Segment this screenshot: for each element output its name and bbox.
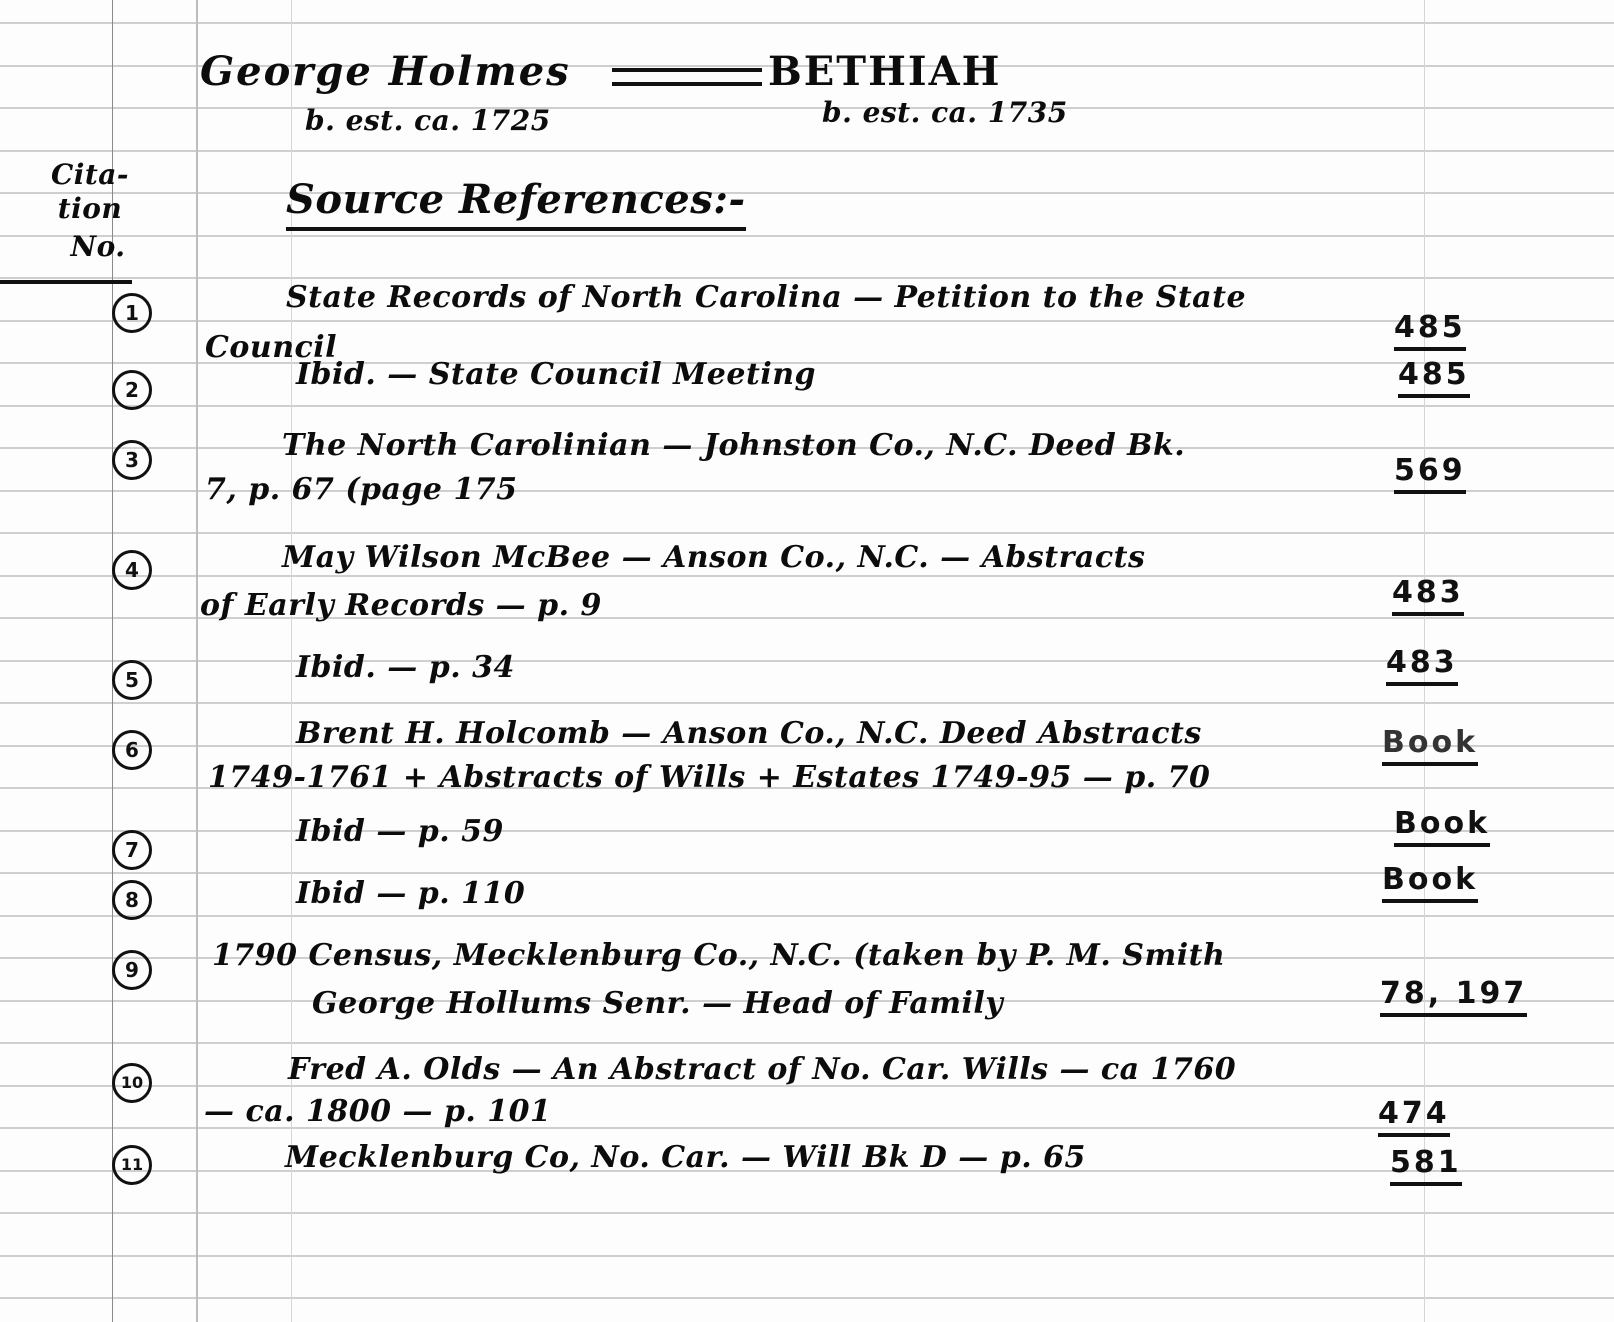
ruling-line: [0, 405, 1614, 407]
citation-text-line: of Early Records — p. 9: [200, 588, 602, 623]
reference-number: 483: [1392, 575, 1464, 616]
ruling-line: [0, 1255, 1614, 1257]
citation-heading-line3: No.: [48, 232, 148, 262]
citation-text-line: Brent H. Holcomb — Anson Co., N.C. Deed …: [296, 716, 1202, 751]
citation-text-line: Ibid — p. 59: [296, 814, 504, 849]
ruling-line: [0, 1297, 1614, 1299]
margin-line-citation: [196, 0, 198, 1322]
citation-number-circle: 3: [112, 440, 152, 480]
citation-text-line: 1749-1761 + Abstracts of Wills + Estates…: [208, 760, 1210, 795]
citation-number-circle: 7: [112, 830, 152, 870]
citation-number-circle: 11: [112, 1145, 152, 1185]
citation-text-line: Fred A. Olds — An Abstract of No. Car. W…: [288, 1052, 1236, 1087]
citation-number-circle: 6: [112, 730, 152, 770]
citation-number-circle: 10: [112, 1063, 152, 1103]
husband-name: George Holmes: [200, 48, 571, 95]
reference-number: Book: [1382, 862, 1478, 903]
ruling-line: [0, 660, 1614, 662]
ruling-line: [0, 22, 1614, 24]
ruling-line: [0, 702, 1614, 704]
section-title: Source References:-: [286, 176, 746, 231]
ruling-line: [0, 107, 1614, 109]
ruling-line: [0, 872, 1614, 874]
reference-number: 474: [1378, 1096, 1450, 1137]
citation-text-line: George Hollums Senr. — Head of Family: [312, 986, 1003, 1021]
citation-text-line: 7, p. 67 (page 175: [205, 472, 518, 507]
citation-text-line: The North Carolinian — Johnston Co., N.C…: [282, 428, 1185, 463]
citation-number-circle: 4: [112, 550, 152, 590]
citation-text-line: Ibid. — p. 34: [296, 650, 515, 685]
reference-number: 485: [1394, 310, 1466, 351]
reference-number: 78, 197: [1380, 976, 1527, 1017]
ruling-line: [0, 235, 1614, 237]
reference-number: 569: [1394, 453, 1466, 494]
ruling-line: [0, 575, 1614, 577]
ruling-line: [0, 830, 1614, 832]
husband-birth: b. est. ca. 1725: [305, 104, 551, 137]
citation-heading-line2: tion: [40, 194, 140, 224]
citation-text-line: State Records of North Carolina — Petiti…: [286, 280, 1246, 315]
wife-name: BETHIAH: [768, 48, 1001, 95]
citation-number-circle: 1: [112, 293, 152, 333]
ruling-line: [0, 277, 1614, 279]
citation-number-circle: 8: [112, 880, 152, 920]
ruling-line: [0, 320, 1614, 322]
ruled-paper-page: George Holmes BETHIAH b. est. ca. 1725 b…: [0, 0, 1614, 1322]
citation-text-line: Ibid. — State Council Meeting: [296, 357, 816, 392]
reference-number: Book: [1382, 725, 1478, 766]
citation-number-circle: 9: [112, 950, 152, 990]
ruling-line: [0, 1042, 1614, 1044]
citation-text-line: May Wilson McBee — Anson Co., N.C. — Abs…: [282, 540, 1145, 575]
citation-text-line: Ibid — p. 110: [296, 876, 525, 911]
citation-text-line: Mecklenburg Co, No. Car. — Will Bk D — p…: [285, 1140, 1086, 1175]
citation-heading-line1: Cita-: [40, 160, 140, 190]
ruling-line: [0, 915, 1614, 917]
citation-number-circle: 2: [112, 370, 152, 410]
reference-number: 485: [1398, 357, 1470, 398]
citation-text-line: 1790 Census, Mecklenburg Co., N.C. (take…: [212, 938, 1225, 973]
ruling-line: [0, 532, 1614, 534]
ruling-line: [0, 150, 1614, 152]
marriage-double-line: [612, 68, 762, 86]
ruling-line: [0, 192, 1614, 194]
wife-birth: b. est. ca. 1735: [822, 96, 1068, 129]
citation-text-line: — ca. 1800 — p. 101: [204, 1094, 551, 1129]
reference-number: 581: [1390, 1145, 1462, 1186]
citation-heading-rule: [0, 280, 132, 284]
reference-number: Book: [1394, 806, 1490, 847]
citation-number-circle: 5: [112, 660, 152, 700]
reference-number: 483: [1386, 645, 1458, 686]
ruling-line: [0, 1212, 1614, 1214]
